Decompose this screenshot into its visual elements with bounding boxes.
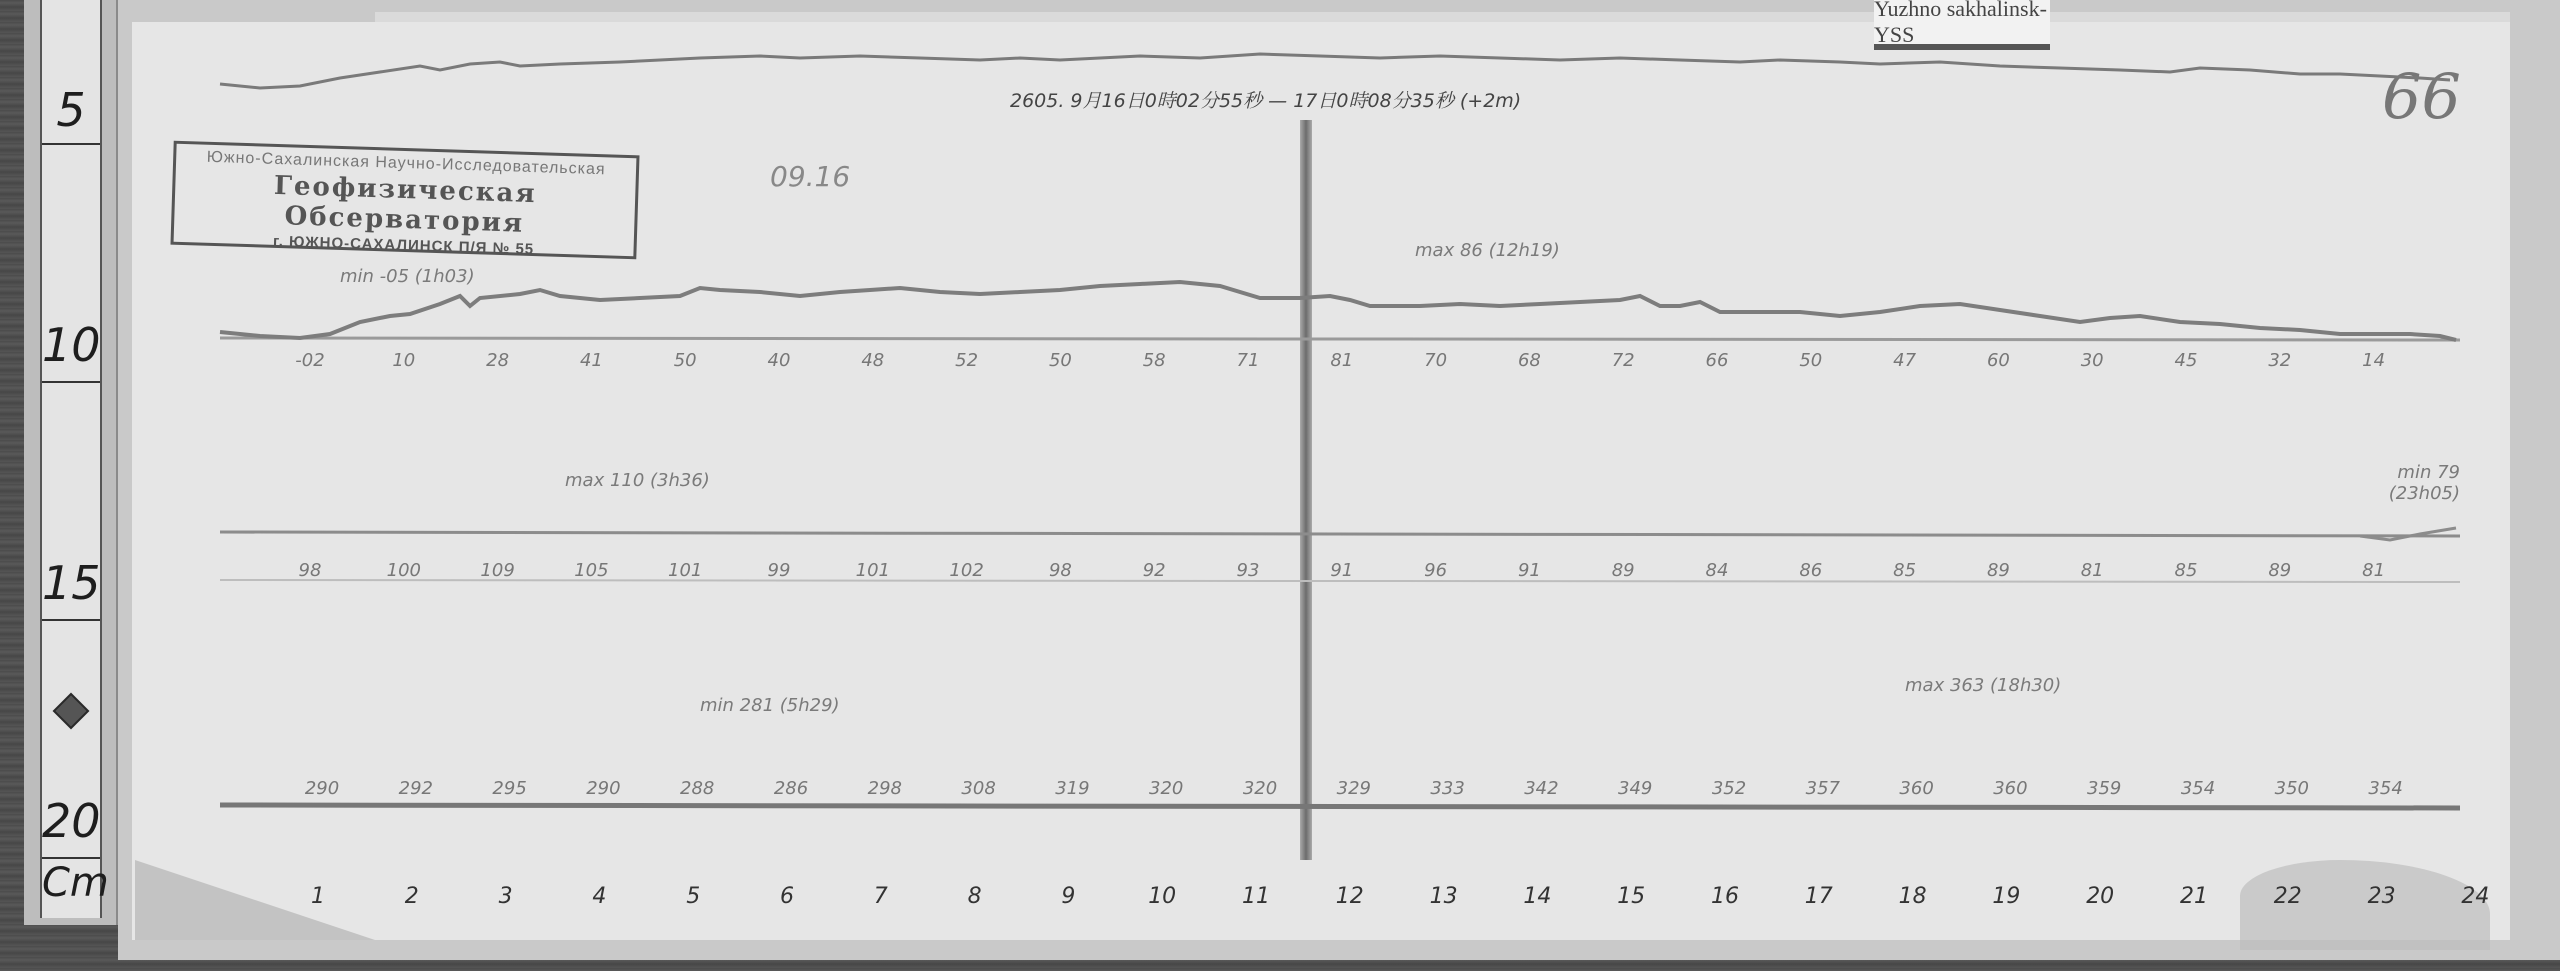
hourly-value: 109 [480,560,514,581]
hour-label: 6 [780,884,794,909]
hourly-value: 91 [1330,560,1353,581]
hourly-value: 96 [1424,560,1447,581]
hourly-value: 105 [574,560,608,581]
magnetogram-traces [0,0,2560,971]
hourly-value: 320 [1149,778,1183,799]
hourly-value: 50 [1049,350,1072,371]
hourly-value: 89 [2268,560,2291,581]
hourly-value: 329 [1337,778,1371,799]
hourly-value: 60 [1987,350,2010,371]
hourly-value: 357 [1806,778,1840,799]
hour-label: 16 [1711,884,1739,909]
hour-label: 7 [874,884,888,909]
baseline-1 [220,338,2460,340]
hourly-value: 85 [1893,560,1916,581]
hour-label: 9 [1061,884,1075,909]
hour-label: 10 [1148,884,1176,909]
hour-label: 20 [2086,884,2114,909]
trace-2-tail [2360,528,2456,540]
hourly-value: 81 [2362,560,2385,581]
hourly-value: 47 [1893,350,1916,371]
hourly-value: 66 [1706,350,1729,371]
hourly-value: 359 [2087,778,2121,799]
hour-label: 21 [2180,884,2208,909]
hourly-value: 92 [1143,560,1166,581]
hour-label: 5 [686,884,700,909]
hourly-value: 288 [680,778,714,799]
hourly-value: 352 [1712,778,1746,799]
hourly-value: 89 [1987,560,2010,581]
hourly-value: 89 [1612,560,1635,581]
hour-label: 18 [1899,884,1927,909]
hourly-value: 320 [1243,778,1277,799]
hourly-value: 298 [868,778,902,799]
hourly-value: 99 [768,560,791,581]
hourly-value: 295 [492,778,526,799]
hourly-value: 100 [387,560,421,581]
hour-label: 17 [1805,884,1833,909]
hourly-value: 81 [1330,350,1353,371]
hourly-value: 354 [2181,778,2215,799]
hour-label: 23 [2368,884,2396,909]
hour-label: 2 [405,884,419,909]
hourly-value: 52 [955,350,978,371]
hourly-value: 290 [586,778,620,799]
hourly-value: 71 [1237,350,1260,371]
hourly-value: 70 [1424,350,1447,371]
hourly-value: 10 [392,350,415,371]
hourly-value: 98 [299,560,322,581]
hourly-value: 48 [861,350,884,371]
hour-label: 15 [1617,884,1645,909]
hourly-value: 319 [1055,778,1089,799]
hourly-value: 292 [399,778,433,799]
hourly-value: 101 [856,560,890,581]
hour-label: 22 [2274,884,2302,909]
hourly-value: 360 [1899,778,1933,799]
hourly-value: 286 [774,778,808,799]
hourly-value: 101 [668,560,702,581]
hourly-value: 360 [1993,778,2027,799]
hour-label: 19 [1992,884,2020,909]
hour-label: 3 [499,884,513,909]
hour-label: 12 [1336,884,1364,909]
hourly-value: 40 [768,350,791,371]
hourly-value: 354 [2368,778,2402,799]
trace-2-line [220,532,2460,536]
hourly-value: 50 [1799,350,1822,371]
hourly-value: 81 [2081,560,2104,581]
hourly-value: 50 [674,350,697,371]
hourly-value: 45 [2175,350,2198,371]
hour-label: 4 [592,884,606,909]
hour-label: 8 [968,884,982,909]
hourly-value: 72 [1612,350,1635,371]
hourly-value: 333 [1430,778,1464,799]
hourly-value: 58 [1143,350,1166,371]
hourly-value: 86 [1799,560,1822,581]
hour-label: 1 [311,884,325,909]
hourly-value: 28 [486,350,509,371]
hourly-value: 102 [949,560,983,581]
hourly-value: 32 [2268,350,2291,371]
hourly-value: 68 [1518,350,1541,371]
hour-label: 24 [2461,884,2489,909]
hourly-value: 290 [305,778,339,799]
trace-1 [220,282,2456,340]
hourly-value: 93 [1237,560,1260,581]
hourly-value: 41 [580,350,603,371]
hourly-value: 30 [2081,350,2104,371]
hourly-value: 14 [2362,350,2385,371]
trace-3-line [220,805,2460,808]
top-trace [220,54,2450,88]
hourly-value: 350 [2275,778,2309,799]
hourly-value: 342 [1524,778,1558,799]
hourly-value: 349 [1618,778,1652,799]
hourly-value: 308 [961,778,995,799]
hourly-value: 98 [1049,560,1072,581]
hour-label: 11 [1242,884,1270,909]
hourly-value: -02 [295,350,324,371]
hour-label: 14 [1523,884,1551,909]
hour-label: 13 [1430,884,1458,909]
hourly-value: 91 [1518,560,1541,581]
hourly-value: 85 [2175,560,2198,581]
hourly-value: 84 [1706,560,1729,581]
